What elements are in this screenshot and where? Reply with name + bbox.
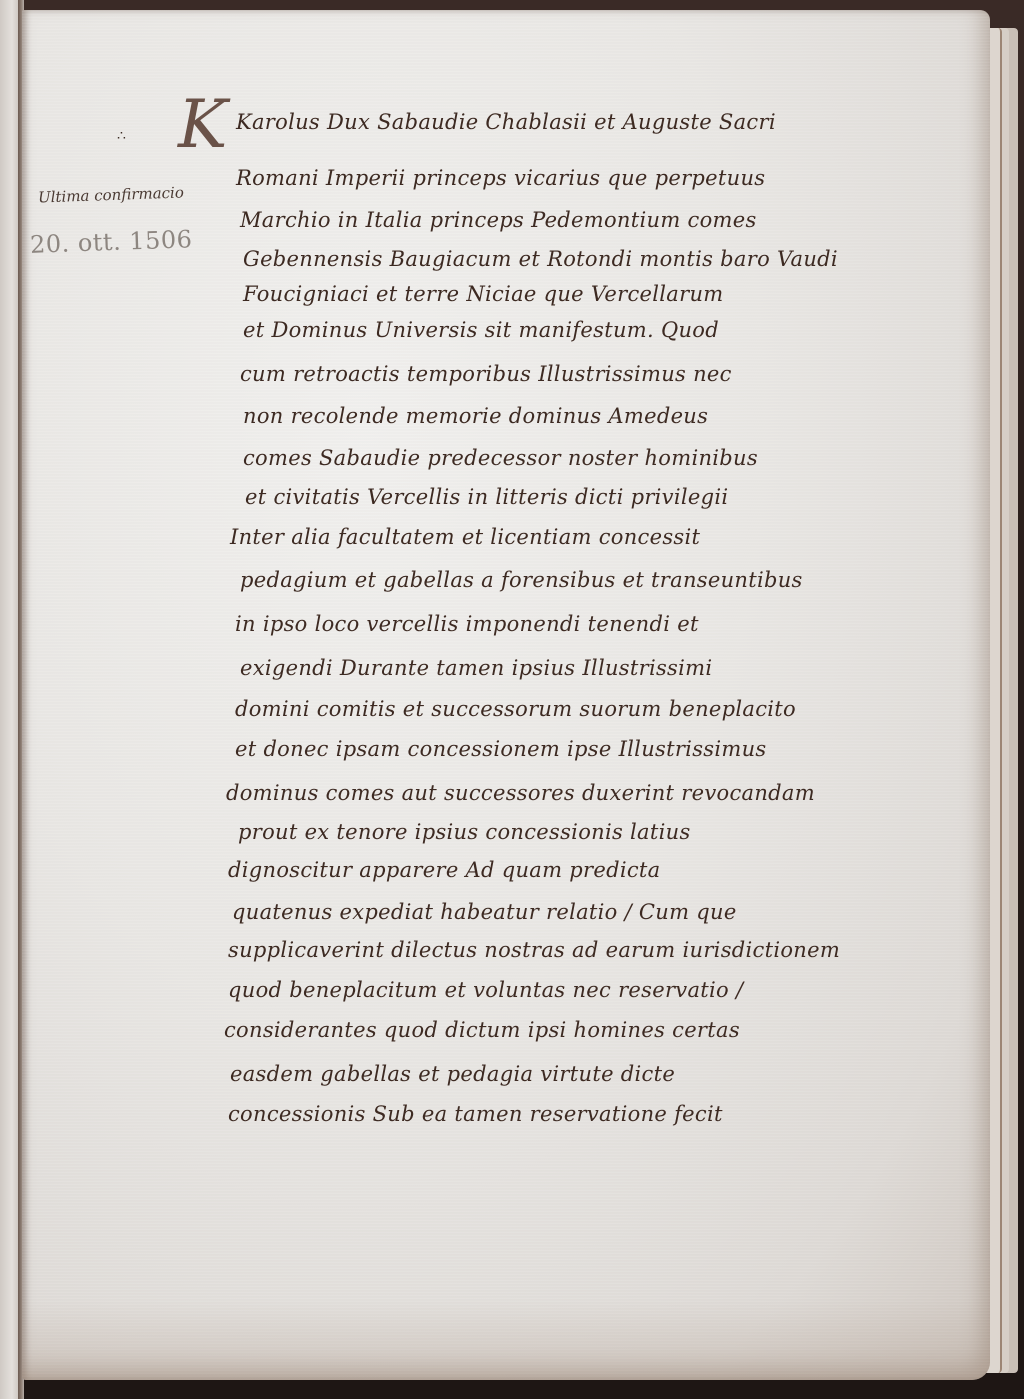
text-line: in ipso loco vercellis imponendi tenendi… xyxy=(235,612,699,636)
text-line: domini comitis et successorum suorum ben… xyxy=(235,697,796,721)
page-bottom-shadow xyxy=(22,1300,990,1380)
text-line: concessionis Sub ea tamen reservatione f… xyxy=(228,1102,723,1126)
text-line: Gebennensis Baugiacum et Rotondi montis … xyxy=(243,247,838,271)
margin-date: 20. ott. 1506 xyxy=(30,225,193,259)
text-line: et civitatis Vercellis in litteris dicti… xyxy=(245,485,728,509)
margin-dots: ∴ xyxy=(117,128,128,144)
text-line: considerantes quod dictum ipsi homines c… xyxy=(224,1018,740,1042)
text-line: easdem gabellas et pedagia virtute dicte xyxy=(230,1062,675,1086)
text-line: Marchio in Italia princeps Pedemontium c… xyxy=(240,208,757,232)
text-line: dignoscitur apparere Ad quam predicta xyxy=(228,858,660,882)
text-line: Romani Imperii princeps vicarius que per… xyxy=(236,166,765,190)
initial-capital: K xyxy=(178,92,227,158)
text-line: pedagium et gabellas a forensibus et tra… xyxy=(240,568,803,592)
text-line: Inter alia facultatem et licentiam conce… xyxy=(230,525,700,549)
text-line: exigendi Durante tamen ipsius Illustriss… xyxy=(240,656,712,680)
text-line: dominus comes aut successores duxerint r… xyxy=(226,781,815,805)
text-line: et Dominus Universis sit manifestum. Quo… xyxy=(243,318,719,342)
text-line: non recolende memorie dominus Amedeus xyxy=(243,404,708,428)
previous-page-edge xyxy=(0,0,20,1399)
text-line: Foucigniaci et terre Niciae que Vercella… xyxy=(243,282,724,306)
text-line: quatenus expediat habeatur relatio / Cum… xyxy=(232,900,737,924)
text-line: comes Sabaudie predecessor noster homini… xyxy=(243,446,758,470)
text-line: supplicaverint dilectus nostras ad earum… xyxy=(228,938,840,962)
text-line: Karolus Dux Sabaudie Chablasii et August… xyxy=(236,110,776,134)
text-line: quod beneplacitum et voluntas nec reserv… xyxy=(228,978,743,1002)
text-line: cum retroactis temporibus Illustrissimus… xyxy=(240,362,732,386)
text-line: prout ex tenore ipsius concessionis lati… xyxy=(238,820,691,844)
text-line: et donec ipsam concessionem ipse Illustr… xyxy=(235,737,766,761)
